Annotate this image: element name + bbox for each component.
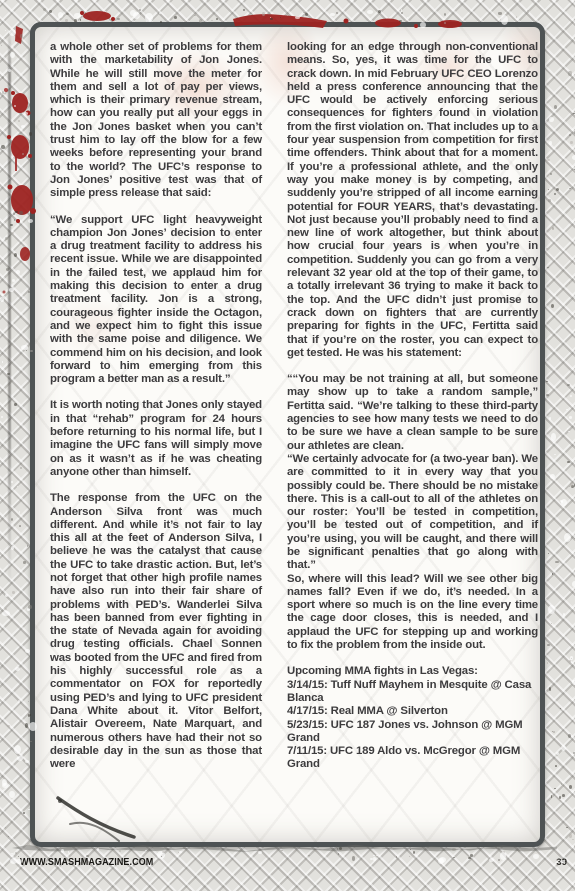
grunge-speck xyxy=(18,120,20,122)
grunge-speck xyxy=(551,795,553,797)
grunge-speck xyxy=(17,756,23,761)
upcoming-fights-list: Upcoming MMA fights in Las Vegas:3/14/15… xyxy=(287,665,538,771)
grunge-speck xyxy=(28,701,29,702)
grunge-speck xyxy=(571,658,572,659)
grunge-speck xyxy=(1,416,3,418)
grunge-speck xyxy=(444,22,446,24)
grunge-speck xyxy=(23,503,24,504)
grunge-speck xyxy=(546,248,547,249)
grunge-speck xyxy=(7,725,10,728)
grunge-speck xyxy=(572,581,575,587)
grunge-speck xyxy=(262,12,265,16)
grunge-speck xyxy=(159,12,161,14)
grunge-speck xyxy=(98,847,99,848)
grunge-speck xyxy=(560,708,561,709)
grunge-speck xyxy=(556,188,559,191)
grunge-speck xyxy=(567,384,570,386)
grunge-speck xyxy=(179,851,182,854)
grunge-speck xyxy=(500,852,506,860)
grunge-speck xyxy=(19,367,21,368)
grunge-speck xyxy=(555,561,558,563)
grunge-speck xyxy=(352,856,355,860)
grunge-speck xyxy=(15,667,20,671)
grunge-speck xyxy=(9,791,14,798)
grunge-speck xyxy=(216,18,218,20)
fight-listing: 3/14/15: Tuff Nuff Mayhem in Mesquite @ … xyxy=(287,679,538,706)
grunge-speck xyxy=(178,852,179,853)
article-paragraph: “We support UFC light heavyweight champi… xyxy=(50,214,262,387)
grunge-speck xyxy=(527,10,529,13)
grunge-speck xyxy=(1,45,2,46)
grunge-speck xyxy=(11,546,14,549)
grunge-speck xyxy=(10,858,17,864)
grunge-speck xyxy=(556,859,558,861)
grunge-speck xyxy=(29,722,37,731)
grunge-speck xyxy=(65,19,68,22)
grunge-speck xyxy=(5,827,6,828)
grunge-speck xyxy=(390,848,392,850)
grunge-speck xyxy=(27,843,30,846)
grunge-speck xyxy=(407,17,408,18)
grunge-speck xyxy=(19,511,20,513)
grunge-speck xyxy=(561,745,566,751)
grunge-speck xyxy=(24,112,27,115)
grunge-speck xyxy=(553,731,555,733)
grunge-speck xyxy=(14,105,16,107)
grunge-speck xyxy=(61,849,64,853)
grunge-speck xyxy=(23,561,25,564)
grunge-speck xyxy=(15,211,17,213)
grunge-speck xyxy=(569,416,572,418)
grunge-speck xyxy=(555,294,557,295)
grunge-speck xyxy=(30,350,33,352)
grunge-speck xyxy=(174,16,177,19)
grunge-speck xyxy=(43,8,46,11)
article-column-right: looking for an edge through non-conventi… xyxy=(287,41,538,772)
grunge-speck xyxy=(548,605,555,614)
grunge-speck xyxy=(8,69,11,72)
grunge-speck xyxy=(2,76,4,79)
grunge-speck xyxy=(10,52,15,58)
grunge-speck xyxy=(315,850,317,852)
article-paragraph: So, where will this lead? Will we see ot… xyxy=(287,573,538,653)
grunge-speck xyxy=(19,211,22,215)
grunge-speck xyxy=(12,279,15,282)
grunge-speck xyxy=(564,533,571,543)
grunge-speck xyxy=(565,87,566,88)
grunge-speck xyxy=(22,153,24,155)
grunge-speck xyxy=(305,13,308,16)
fight-listing: 7/11/15: UFC 189 Aldo vs. McGregor @ MGM… xyxy=(287,745,538,772)
grunge-speck xyxy=(21,125,26,128)
grunge-speck xyxy=(318,19,320,20)
article-paragraph: The response from the UFC on the Anderso… xyxy=(50,492,262,771)
grunge-speck xyxy=(27,545,28,547)
grunge-speck xyxy=(26,750,27,751)
grunge-speck xyxy=(119,850,121,852)
grunge-speck xyxy=(2,91,4,93)
grunge-speck xyxy=(86,855,89,857)
grunge-speck xyxy=(413,851,415,853)
grunge-speck xyxy=(489,858,494,862)
grunge-speck xyxy=(80,19,81,20)
grunge-speck xyxy=(145,850,146,851)
grunge-speck xyxy=(69,853,70,854)
grunge-speck xyxy=(14,403,17,406)
grunge-speck xyxy=(295,16,300,19)
grunge-speck xyxy=(572,155,575,160)
grunge-speck xyxy=(470,854,473,856)
grunge-speck xyxy=(551,304,554,308)
grunge-speck xyxy=(338,853,340,855)
grunge-speck xyxy=(0,297,3,301)
grunge-speck xyxy=(556,752,559,755)
grunge-speck xyxy=(16,859,21,864)
grunge-speck xyxy=(569,834,572,837)
grunge-speck xyxy=(444,13,446,16)
grunge-speck xyxy=(551,433,557,440)
grunge-speck xyxy=(452,848,455,852)
grunge-speck xyxy=(373,855,375,857)
grunge-speck xyxy=(554,788,556,790)
grunge-speck xyxy=(17,486,18,487)
grunge-speck xyxy=(547,159,550,161)
grunge-speck xyxy=(554,105,557,109)
fight-listing: 5/23/15: UFC 187 Jones vs. Johnson @ MGM… xyxy=(287,719,538,746)
grunge-speck xyxy=(13,213,15,214)
grunge-speck xyxy=(566,827,568,828)
grunge-speck xyxy=(570,204,572,206)
grunge-speck xyxy=(498,12,501,14)
grunge-speck xyxy=(258,851,262,854)
grunge-speck xyxy=(409,856,411,858)
grunge-speck xyxy=(23,812,25,813)
grunge-speck xyxy=(547,644,550,646)
grunge-speck xyxy=(559,796,561,798)
grunge-speck xyxy=(12,591,15,594)
article-paragraph: ““You may be not training at all, but so… xyxy=(287,373,538,453)
article-column-right-paragraphs: looking for an edge through non-conventi… xyxy=(287,41,538,652)
grunge-speck xyxy=(11,232,14,234)
grunge-speck xyxy=(1,206,2,207)
grunge-speck xyxy=(270,17,271,18)
grunge-speck xyxy=(569,660,571,662)
grunge-speck xyxy=(25,723,28,727)
grunge-speck xyxy=(549,117,554,122)
grunge-speck xyxy=(117,18,120,20)
grunge-speck xyxy=(7,373,10,375)
grunge-speck xyxy=(550,173,552,175)
grunge-speck xyxy=(554,193,556,195)
grunge-speck xyxy=(20,467,22,469)
magazine-page: a whole other set of problems for them w… xyxy=(0,0,575,891)
grunge-speck xyxy=(28,605,31,609)
grunge-speck xyxy=(572,839,574,840)
grunge-speck xyxy=(548,199,551,201)
grunge-speck xyxy=(547,662,549,664)
grunge-speck xyxy=(563,613,565,615)
grunge-speck xyxy=(2,611,9,617)
grunge-speck xyxy=(568,431,569,432)
grunge-speck xyxy=(9,507,12,510)
grunge-speck xyxy=(194,15,197,17)
grunge-speck xyxy=(555,765,557,767)
grunge-speck xyxy=(11,518,14,522)
grunge-speck xyxy=(336,12,338,14)
grunge-speck xyxy=(549,417,551,419)
grunge-speck xyxy=(376,855,378,856)
grunge-speck xyxy=(566,409,567,411)
grunge-speck xyxy=(26,350,27,351)
grunge-speck xyxy=(367,10,373,14)
grunge-speck xyxy=(14,745,21,754)
grunge-speck xyxy=(5,594,8,597)
grunge-speck xyxy=(396,856,397,857)
grunge-speck xyxy=(18,700,21,703)
grunge-speck xyxy=(438,858,444,864)
grunge-speck xyxy=(401,12,403,15)
grunge-speck xyxy=(19,525,21,527)
grunge-speck xyxy=(9,29,16,36)
grunge-speck xyxy=(22,298,23,300)
grunge-speck xyxy=(549,141,552,145)
grunge-speck xyxy=(373,857,376,860)
footer-website-url: WWW.SMASHMAGAZINE.COM xyxy=(20,857,153,868)
grunge-speck xyxy=(570,141,573,144)
grunge-speck xyxy=(58,12,64,18)
grunge-speck xyxy=(16,270,20,274)
article-paragraph: “We certainly advocate for (a two-year b… xyxy=(287,453,538,573)
article-paragraph: It is worth noting that Jones only staye… xyxy=(50,399,262,479)
grunge-speck xyxy=(516,16,517,18)
grunge-speck xyxy=(548,553,549,554)
grunge-speck xyxy=(308,855,310,857)
grunge-speck xyxy=(14,253,17,257)
grunge-speck xyxy=(562,794,565,797)
grunge-speck xyxy=(378,10,381,13)
grunge-speck xyxy=(546,381,547,383)
grunge-speck xyxy=(74,13,81,18)
grunge-speck xyxy=(28,219,33,223)
grunge-speck xyxy=(160,21,162,22)
grunge-speck xyxy=(25,760,30,763)
grunge-speck xyxy=(547,267,549,268)
grunge-speck xyxy=(9,288,13,292)
grunge-speck xyxy=(420,22,426,28)
fight-listing: Upcoming MMA fights in Las Vegas: xyxy=(287,665,538,678)
grunge-speck xyxy=(1,145,4,149)
grunge-speck xyxy=(10,224,13,226)
article-column-left: a whole other set of problems for them w… xyxy=(50,41,262,771)
grunge-speck xyxy=(549,687,552,691)
grunge-speck xyxy=(552,227,554,230)
grunge-speck xyxy=(5,237,8,240)
grunge-speck xyxy=(569,188,570,189)
grunge-speck xyxy=(551,623,552,625)
grunge-speck xyxy=(281,850,282,851)
article-paragraph: looking for an edge through non-conventi… xyxy=(287,41,538,360)
grunge-speck xyxy=(533,854,539,859)
grunge-speck xyxy=(554,454,556,455)
grunge-speck xyxy=(410,849,411,850)
grunge-speck xyxy=(548,189,549,190)
grunge-speck xyxy=(139,9,142,12)
grunge-speck xyxy=(501,15,508,25)
grunge-speck xyxy=(66,13,69,15)
grunge-speck xyxy=(568,734,571,738)
grunge-speck xyxy=(5,30,6,31)
grunge-speck xyxy=(570,395,572,397)
grunge-speck xyxy=(243,9,245,11)
grunge-speck xyxy=(468,857,471,859)
grunge-speck xyxy=(568,71,571,75)
grunge-speck xyxy=(11,481,13,483)
grunge-speck xyxy=(280,17,281,19)
grunge-speck xyxy=(453,857,455,858)
grunge-speck xyxy=(546,394,549,396)
grunge-speck xyxy=(14,219,15,221)
grunge-speck xyxy=(2,783,8,788)
grunge-speck xyxy=(399,20,402,22)
grunge-speck xyxy=(561,783,563,785)
grunge-speck xyxy=(552,573,553,574)
article-panel: a whole other set of problems for them w… xyxy=(30,22,545,847)
grunge-speck xyxy=(567,428,568,429)
grunge-speck xyxy=(2,361,4,362)
grunge-speck xyxy=(6,268,9,271)
grunge-speck xyxy=(11,853,13,854)
grunge-speck xyxy=(569,785,572,789)
fight-listing: 4/17/15: Real MMA @ Silverton xyxy=(287,705,538,718)
grunge-speck xyxy=(20,34,23,37)
page-fold-shadow xyxy=(8,30,11,590)
grunge-speck xyxy=(550,474,555,480)
grunge-speck xyxy=(569,282,570,284)
grunge-speck xyxy=(211,20,213,21)
grunge-speck xyxy=(169,851,170,853)
grunge-speck xyxy=(518,850,520,851)
grunge-speck xyxy=(270,18,273,21)
grunge-speck xyxy=(49,10,52,13)
article-paragraph: a whole other set of problems for them w… xyxy=(50,41,262,201)
grunge-speck xyxy=(569,134,571,136)
grunge-speck xyxy=(15,852,18,855)
grunge-speck xyxy=(559,183,560,184)
grunge-speck xyxy=(330,13,335,16)
grunge-speck xyxy=(8,836,9,837)
blood-splatter-icon xyxy=(83,11,111,21)
grunge-speck xyxy=(183,847,186,849)
grunge-speck xyxy=(567,461,569,463)
